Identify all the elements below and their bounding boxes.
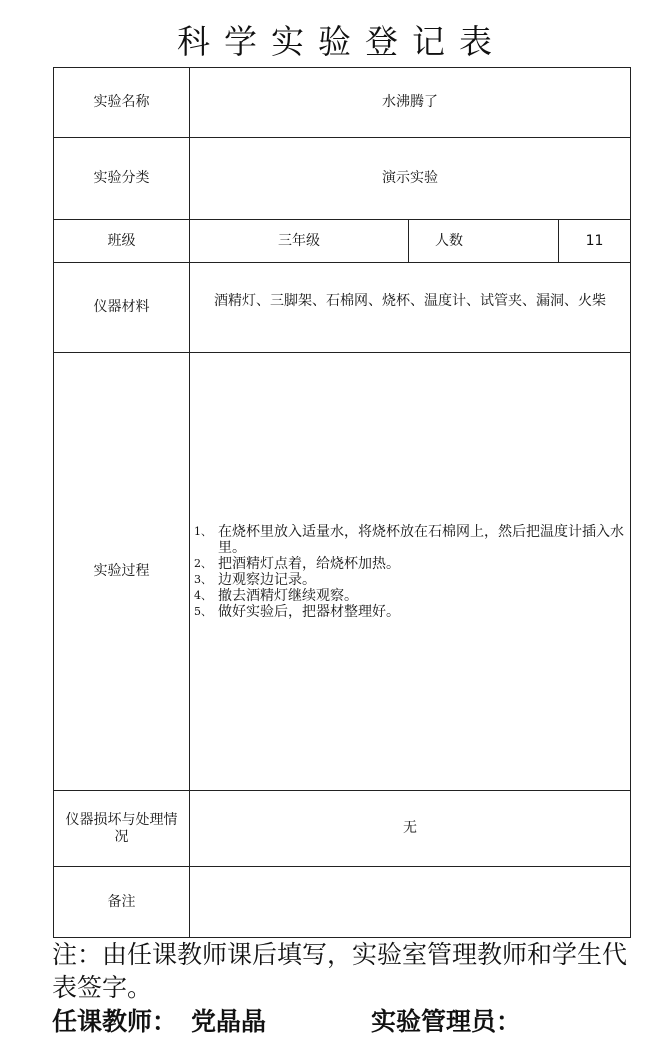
step-text: 在烧杯里放入适量水，将烧杯放在石棉网上，然后把温度计插入水里。 xyxy=(218,524,628,556)
materials-value[interactable]: 酒精灯、三脚架、石棉网、烧杯、温度计、试管夹、漏洞、火柴 xyxy=(190,263,631,353)
step-number: 4、 xyxy=(194,588,218,604)
class-label: 班级 xyxy=(54,220,190,263)
row-experiment-name: 实验名称 水沸腾了 xyxy=(54,68,631,138)
row-damage: 仪器损坏与处理情况 无 xyxy=(54,791,631,867)
category-value[interactable]: 演示实验 xyxy=(190,138,631,220)
class-value[interactable]: 三年级 xyxy=(190,220,409,263)
process-step: 4、 撤去酒精灯继续观察。 xyxy=(194,588,628,604)
step-number: 2、 xyxy=(194,556,218,572)
experiment-record-table: 实验名称 水沸腾了 实验分类 演示实验 班级 三年级 人数 11 仪器材料 酒精… xyxy=(53,67,631,938)
process-value[interactable]: 1、 在烧杯里放入适量水，将烧杯放在石棉网上，然后把温度计插入水里。 2、 把酒… xyxy=(190,353,631,791)
count-value[interactable]: 11 xyxy=(559,220,631,263)
admin-label: 实验管理员： xyxy=(371,1004,521,1040)
damage-value[interactable]: 无 xyxy=(190,791,631,867)
step-text: 撤去酒精灯继续观察。 xyxy=(218,588,358,604)
step-number: 3、 xyxy=(194,572,218,588)
damage-label: 仪器损坏与处理情况 xyxy=(54,791,190,867)
process-steps-list: 1、 在烧杯里放入适量水，将烧杯放在石棉网上，然后把温度计插入水里。 2、 把酒… xyxy=(192,524,628,620)
teacher-label: 任课教师： xyxy=(52,1004,177,1040)
category-label: 实验分类 xyxy=(54,138,190,220)
step-text: 把酒精灯点着，给烧杯加热。 xyxy=(218,556,400,572)
row-class: 班级 三年级 人数 11 xyxy=(54,220,631,263)
remarks-label: 备注 xyxy=(54,867,190,938)
experiment-name-value[interactable]: 水沸腾了 xyxy=(190,68,631,138)
row-materials: 仪器材料 酒精灯、三脚架、石棉网、烧杯、温度计、试管夹、漏洞、火柴 xyxy=(54,263,631,353)
row-category: 实验分类 演示实验 xyxy=(54,138,631,220)
step-text: 边观察边记录。 xyxy=(218,572,316,588)
step-text: 做好实验后，把器材整理好。 xyxy=(218,604,400,620)
process-step: 5、 做好实验后，把器材整理好。 xyxy=(194,604,628,620)
process-label: 实验过程 xyxy=(54,353,190,791)
teacher-name[interactable]: 党晶晶 xyxy=(191,1004,371,1040)
experiment-name-label: 实验名称 xyxy=(54,68,190,138)
process-step: 3、 边观察边记录。 xyxy=(194,572,628,588)
remarks-value[interactable] xyxy=(190,867,631,938)
step-number: 5、 xyxy=(194,604,218,620)
process-step: 2、 把酒精灯点着，给烧杯加热。 xyxy=(194,556,628,572)
materials-label: 仪器材料 xyxy=(54,263,190,353)
step-number: 1、 xyxy=(194,524,218,556)
page-title: 科学实验登记表 xyxy=(0,20,669,64)
signature-line: 任课教师：党晶晶实验管理员： xyxy=(52,1004,521,1040)
process-step: 1、 在烧杯里放入适量水，将烧杯放在石棉网上，然后把温度计插入水里。 xyxy=(194,524,628,556)
count-label: 人数 xyxy=(409,220,559,263)
footnote: 注：由任课教师课后填写，实验室管理教师和学生代表签字。 xyxy=(52,938,642,1004)
row-process: 实验过程 1、 在烧杯里放入适量水，将烧杯放在石棉网上，然后把温度计插入水里。 … xyxy=(54,353,631,791)
row-remarks: 备注 xyxy=(54,867,631,938)
